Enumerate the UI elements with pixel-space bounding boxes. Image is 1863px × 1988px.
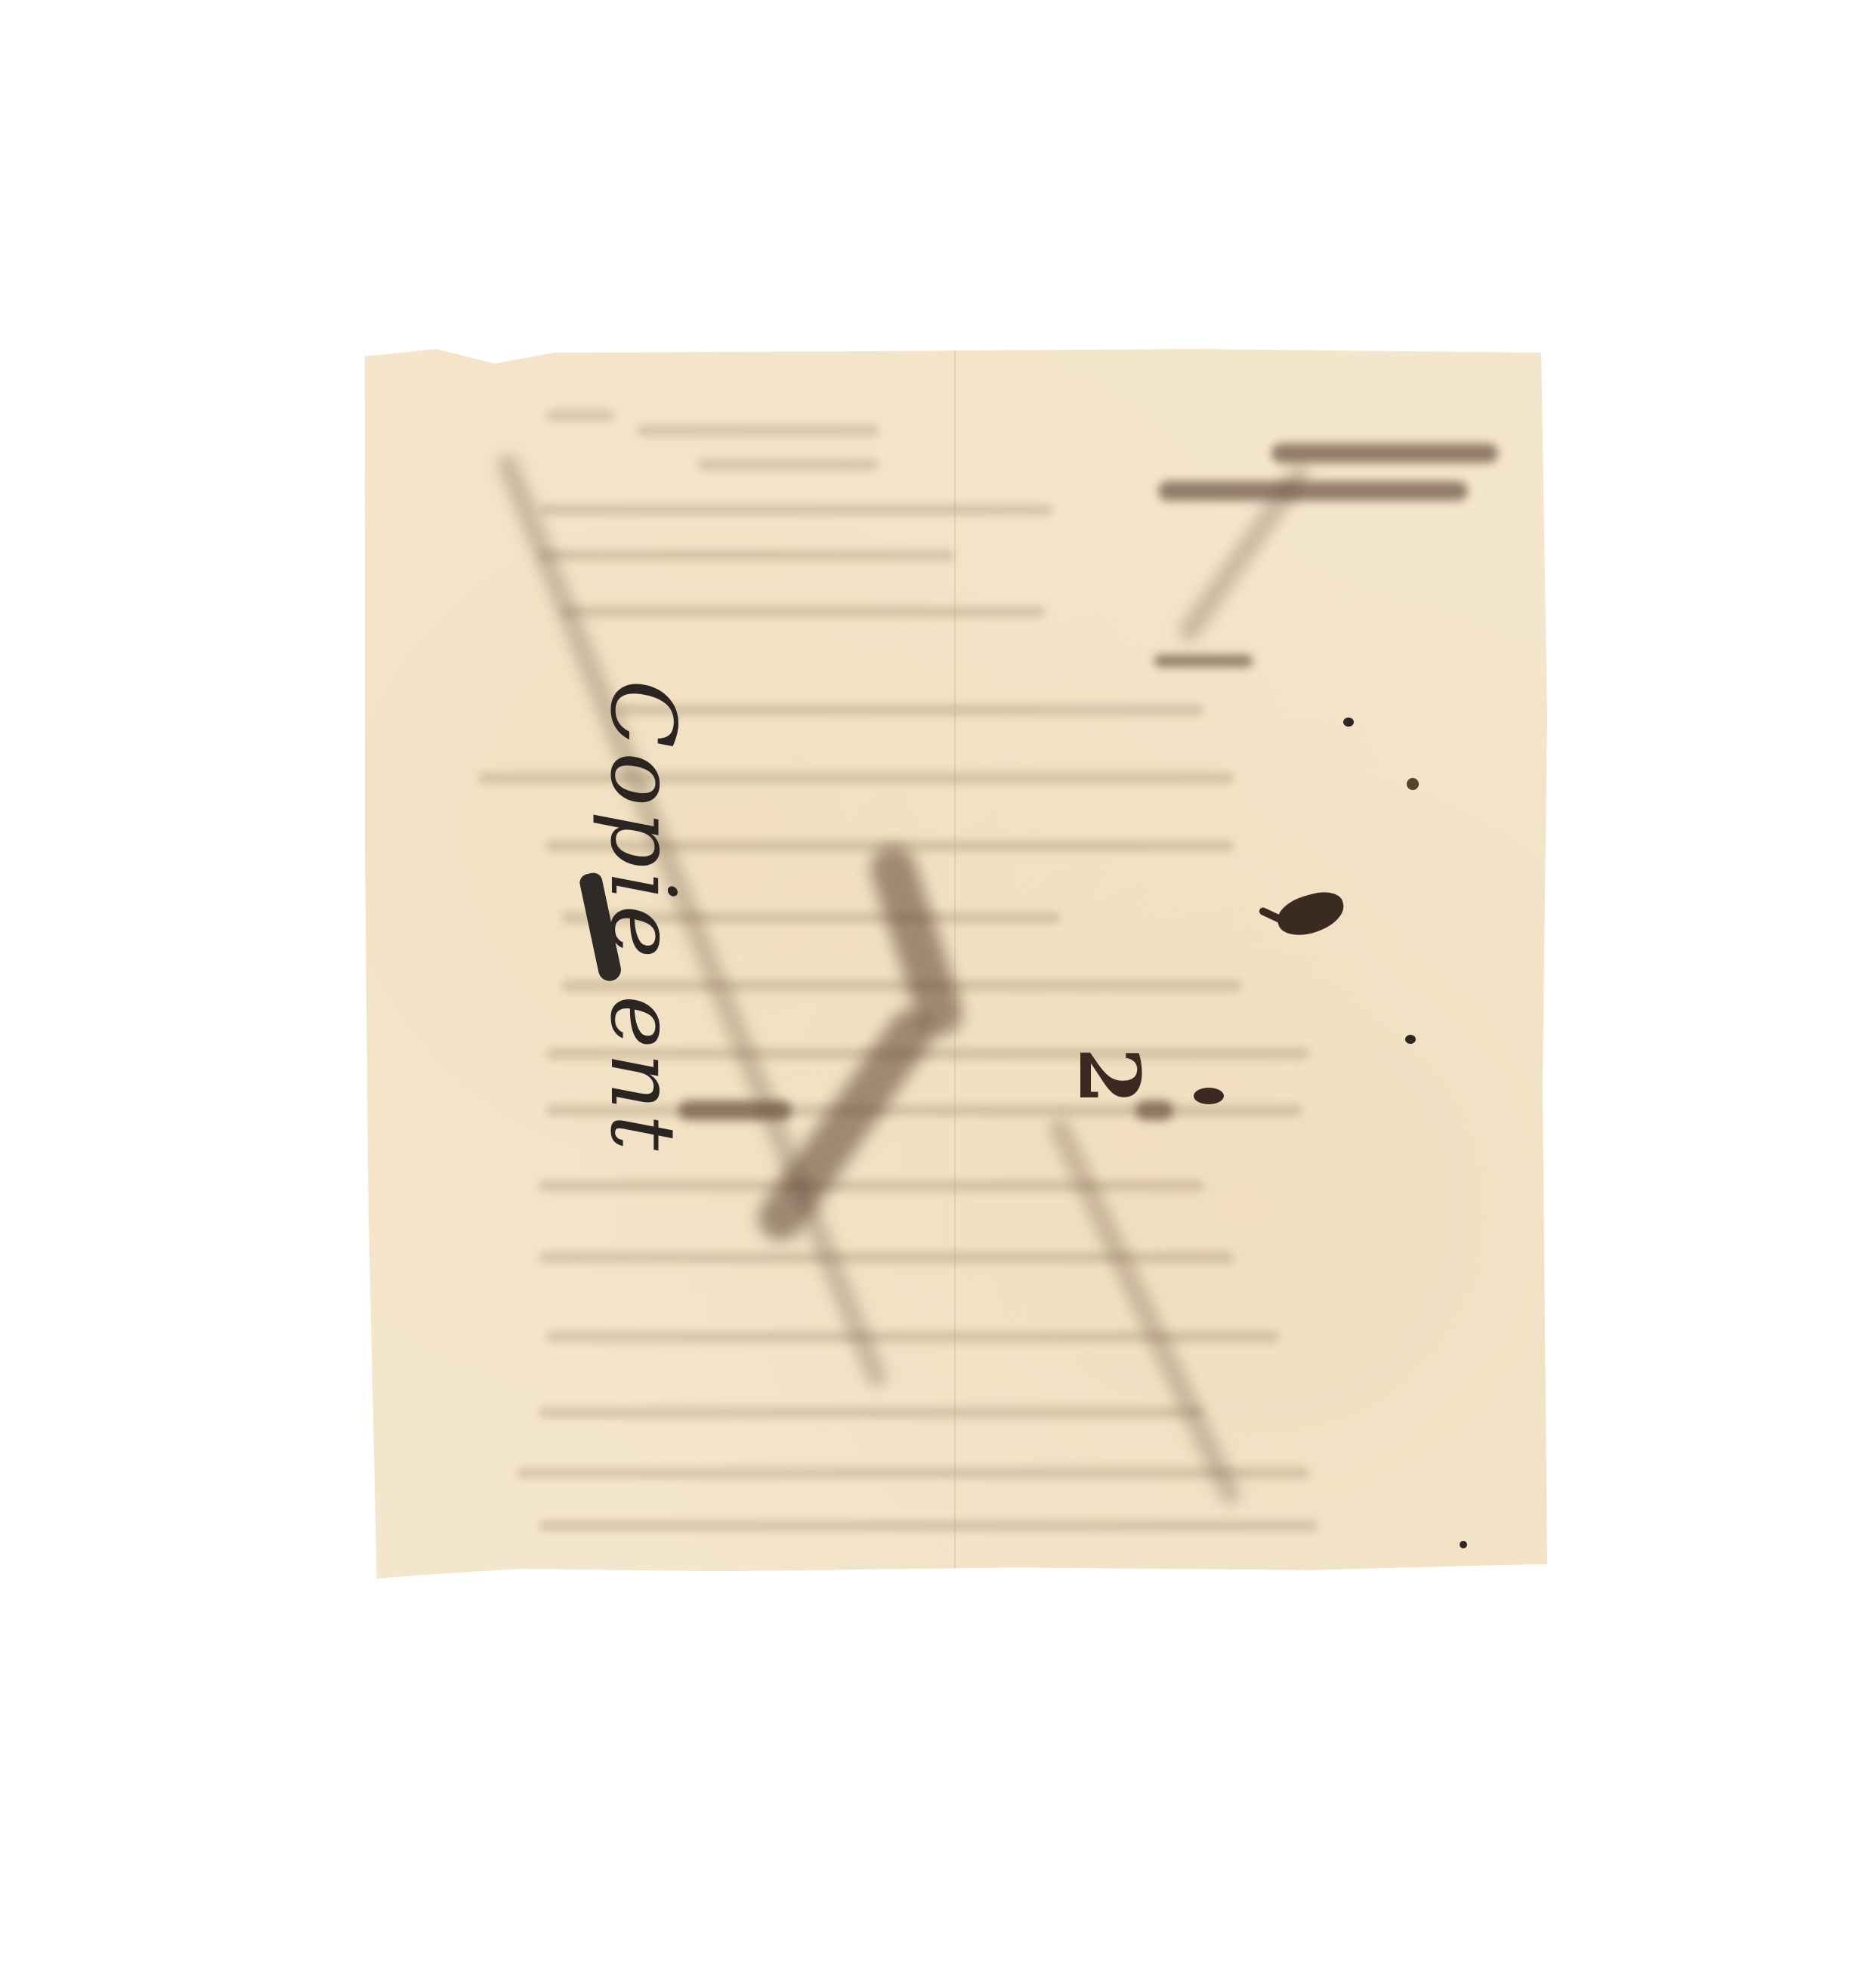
bleed-through-line	[539, 1406, 1203, 1418]
ink-speck	[1194, 1088, 1224, 1104]
numeral-two-mark: 2	[1061, 1047, 1158, 1105]
manuscript-paper	[365, 349, 1547, 1579]
ink-speck	[1343, 718, 1354, 727]
bleed-through-line	[614, 704, 1203, 716]
bleed-through-line	[539, 549, 954, 561]
bleed-through-line	[637, 424, 879, 437]
fold-crease	[954, 349, 956, 1579]
bleed-through-line	[539, 504, 1052, 516]
bleed-through-line	[697, 458, 879, 471]
ink-speck	[1407, 778, 1419, 790]
ink-speck	[1405, 1035, 1416, 1044]
redaction-stroke	[1158, 481, 1468, 501]
bleed-through-line	[546, 409, 614, 421]
bleed-through-line	[539, 1520, 1317, 1532]
diagonal-stroke	[1046, 1115, 1244, 1507]
bleed-through-line	[561, 606, 1045, 618]
bleed-through-line	[516, 1467, 1309, 1479]
redaction-stroke	[1154, 655, 1253, 667]
bleed-through-line	[539, 1180, 1203, 1192]
margin-bleed-text	[1785, 1029, 1799, 1822]
redaction-stroke	[1271, 443, 1498, 463]
ink-speck	[1460, 1541, 1467, 1548]
